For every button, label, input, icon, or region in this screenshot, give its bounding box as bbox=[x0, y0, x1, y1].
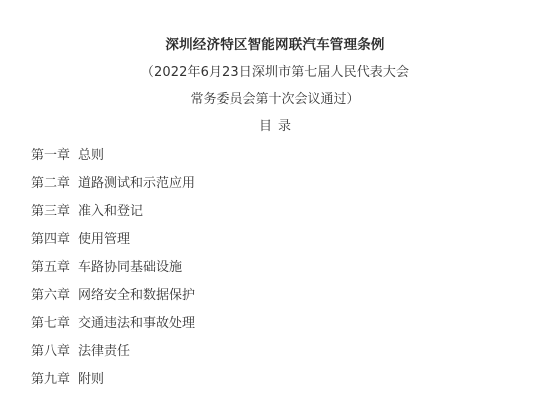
toc-item-chapter-1[interactable]: 第一章 总则 bbox=[31, 146, 195, 174]
chapter-number: 第六章 bbox=[31, 286, 70, 306]
toc-item-chapter-2[interactable]: 第二章 道路测试和示范应用 bbox=[31, 174, 195, 202]
toc-item-chapter-9[interactable]: 第九章 附则 bbox=[31, 370, 195, 398]
chapter-number: 第四章 bbox=[31, 230, 70, 250]
chapter-title: 网络安全和数据保护 bbox=[78, 286, 195, 306]
document-subtitle-line1: （2022年6月23日深圳市第七届人民代表大会 bbox=[0, 64, 550, 82]
toc-item-chapter-4[interactable]: 第四章 使用管理 bbox=[31, 230, 195, 258]
chapter-number: 第七章 bbox=[31, 314, 70, 334]
table-of-contents: 第一章 总则 第二章 道路测试和示范应用 第三章 准入和登记 第四章 使用管理 … bbox=[31, 146, 195, 398]
toc-item-chapter-5[interactable]: 第五章 车路协同基础设施 bbox=[31, 258, 195, 286]
chapter-number: 第五章 bbox=[31, 258, 70, 278]
document-subtitle-line2: 常务委员会第十次会议通过） bbox=[0, 91, 550, 109]
chapter-number: 第八章 bbox=[31, 342, 70, 362]
chapter-title: 法律责任 bbox=[78, 342, 130, 362]
chapter-number: 第九章 bbox=[31, 370, 70, 390]
toc-heading: 目录 bbox=[0, 118, 550, 136]
chapter-title: 使用管理 bbox=[78, 230, 130, 250]
chapter-title: 总则 bbox=[78, 146, 104, 166]
toc-item-chapter-3[interactable]: 第三章 准入和登记 bbox=[31, 202, 195, 230]
toc-item-chapter-6[interactable]: 第六章 网络安全和数据保护 bbox=[31, 286, 195, 314]
toc-item-chapter-8[interactable]: 第八章 法律责任 bbox=[31, 342, 195, 370]
chapter-title: 交通违法和事故处理 bbox=[78, 314, 195, 334]
chapter-title: 准入和登记 bbox=[78, 202, 143, 222]
chapter-number: 第一章 bbox=[31, 146, 70, 166]
chapter-title: 附则 bbox=[78, 370, 104, 390]
document-title: 深圳经济特区智能网联汽车管理条例 bbox=[0, 36, 550, 54]
document-page: 深圳经济特区智能网联汽车管理条例 （2022年6月23日深圳市第七届人民代表大会… bbox=[0, 0, 550, 406]
chapter-number: 第二章 bbox=[31, 174, 70, 194]
chapter-title: 车路协同基础设施 bbox=[78, 258, 182, 278]
chapter-number: 第三章 bbox=[31, 202, 70, 222]
toc-item-chapter-7[interactable]: 第七章 交通违法和事故处理 bbox=[31, 314, 195, 342]
chapter-title: 道路测试和示范应用 bbox=[78, 174, 195, 194]
